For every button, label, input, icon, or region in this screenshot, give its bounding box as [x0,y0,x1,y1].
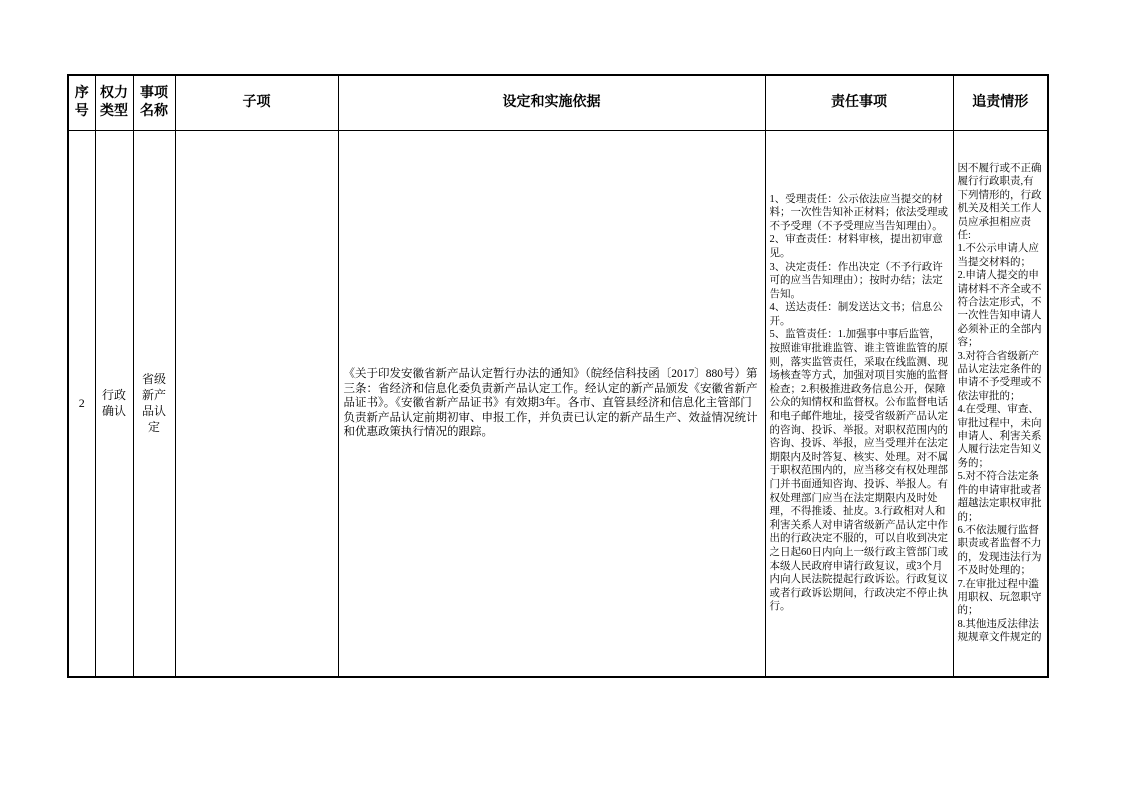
table-header-row: 序号 权力类型 事项名称 子项 设定和实施依据 责任事项 追责情形 [68,75,1048,130]
header-accountability: 追责情形 [953,75,1048,130]
power-duty-table: 序号 权力类型 事项名称 子项 设定和实施依据 责任事项 追责情形 2 行政确认… [67,74,1049,678]
header-serial-number: 序号 [68,75,95,130]
cell-accountability: 因不履行或不正确履行行政职责,有下列情形的，行政机关及相关工作人员应承担相应责任… [953,130,1048,677]
cell-serial-number: 2 [68,130,95,677]
cell-sub-item [175,130,338,677]
cell-item-name: 省级新产品认定 [133,130,175,677]
table-row: 2 行政确认 省级新产品认定 《关于印发安徽省新产品认定暂行办法的通知》（皖经信… [68,130,1048,677]
header-responsibility: 责任事项 [765,75,953,130]
header-basis: 设定和实施依据 [338,75,765,130]
document-page: 序号 权力类型 事项名称 子项 设定和实施依据 责任事项 追责情形 2 行政确认… [0,0,1122,793]
header-item-name: 事项名称 [133,75,175,130]
cell-responsibility: 1、受理责任：公示依法应当提交的材料；一次性告知补正材料；依法受理或不予受理（不… [765,130,953,677]
cell-basis: 《关于印发安徽省新产品认定暂行办法的通知》（皖经信科技函〔2017〕880号）第… [338,130,765,677]
header-sub-item: 子项 [175,75,338,130]
header-power-type: 权力类型 [95,75,133,130]
cell-power-type: 行政确认 [95,130,133,677]
